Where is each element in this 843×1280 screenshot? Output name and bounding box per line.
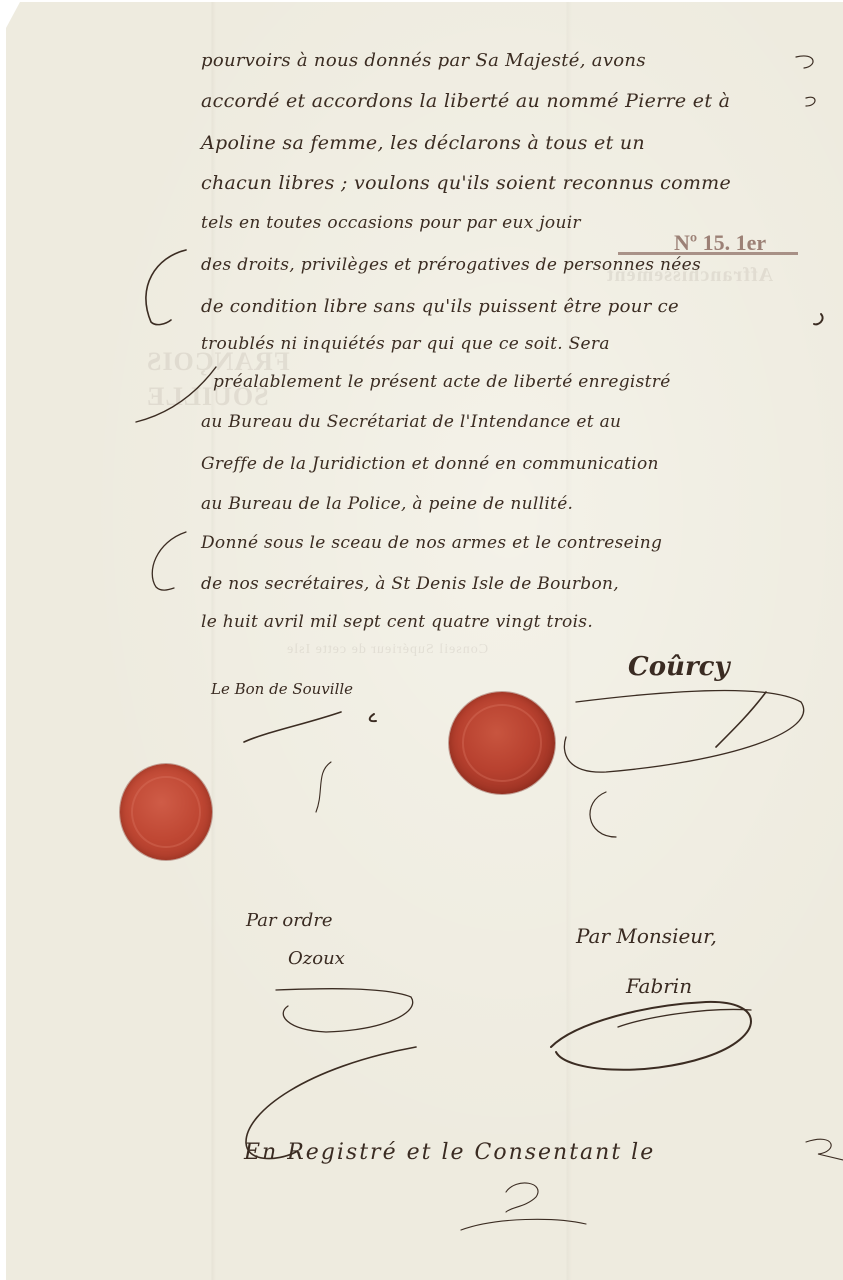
manuscript-page: Affranchissement FRANÇOIS SOUILLE Consei…	[6, 2, 843, 1280]
pen-flourishes	[6, 2, 843, 1280]
